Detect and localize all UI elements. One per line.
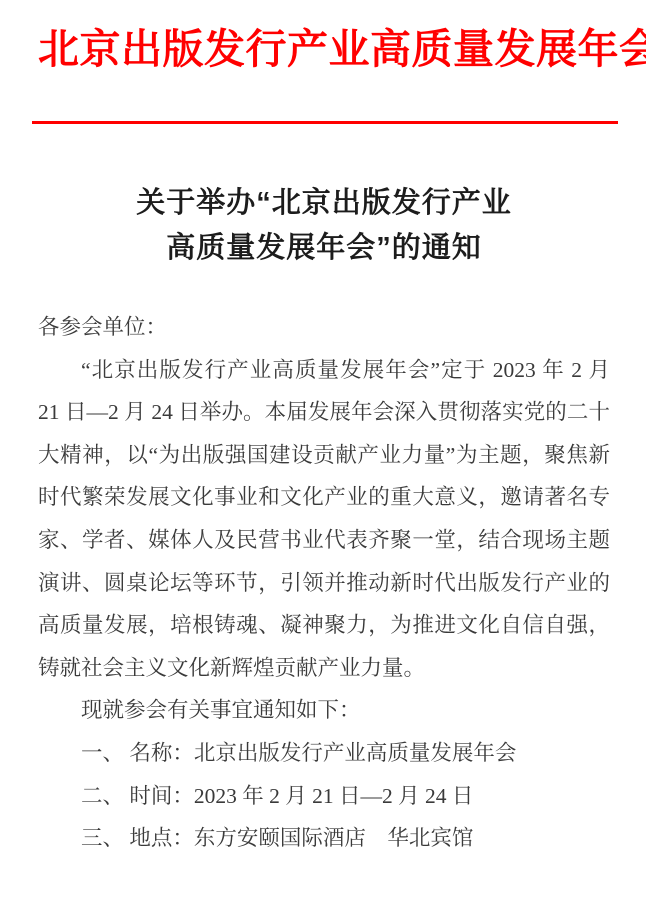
document-page: 北京出版发行产业高质量发展年会 关于举办“北京出版发行产业 高质量发展年会”的通… — [0, 0, 646, 911]
document-body: 各参会单位： “北京出版发行产业高质量发展年会”定于 2023 年 2 月 21… — [38, 306, 610, 860]
list-item-name: 一、 名称：北京出版发行产业高质量发展年会 — [38, 732, 610, 775]
main-paragraph: “北京出版发行产业高质量发展年会”定于 2023 年 2 月 21 日—2 月 … — [38, 349, 610, 690]
notice-title-line2: 高质量发展年会”的通知 — [166, 232, 482, 264]
masthead-title: 北京出版发行产业高质量发展年会 — [38, 0, 610, 75]
list-item-location: 三、 地点：东方安颐国际酒店 华北宾馆 — [38, 817, 610, 860]
list-item-time: 二、 时间：2023 年 2 月 21 日—2 月 24 日 — [38, 775, 610, 818]
red-divider-line — [32, 121, 618, 124]
notice-title: 关于举办“北京出版发行产业 高质量发展年会”的通知 — [38, 181, 610, 271]
notice-title-line1: 关于举办“北京出版发行产业 — [136, 187, 512, 219]
salutation: 各参会单位： — [38, 306, 610, 349]
notice-intro: 现就参会有关事宜通知如下： — [38, 689, 610, 732]
